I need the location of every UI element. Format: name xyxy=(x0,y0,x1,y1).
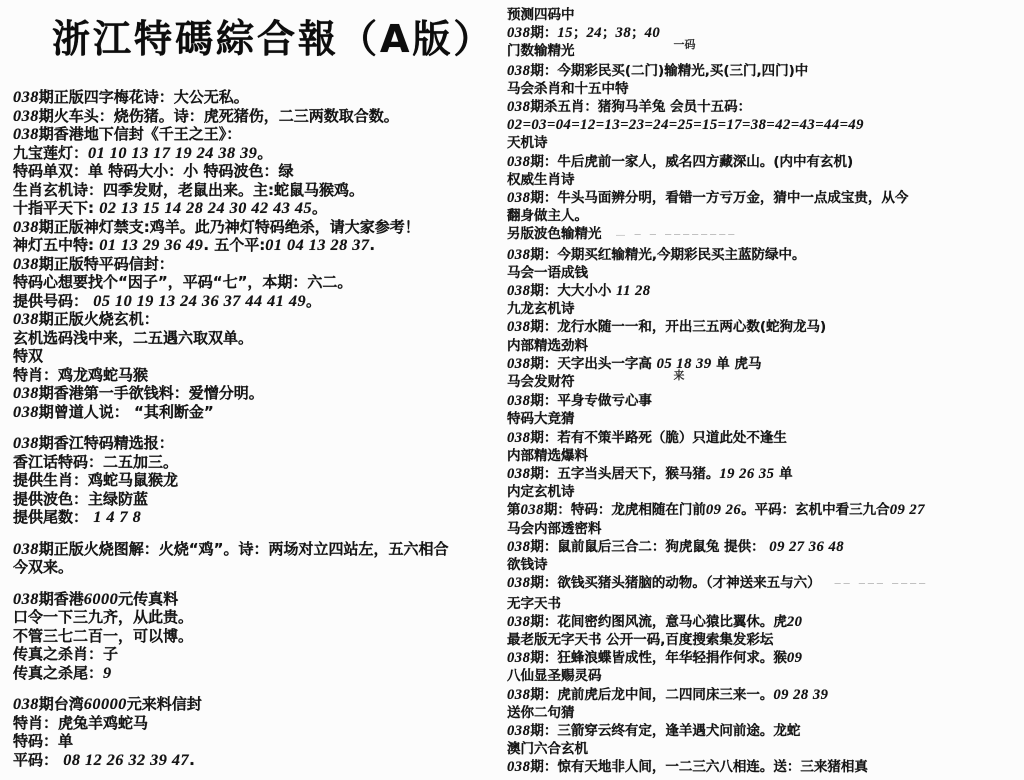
text-line: 内部精选爆料 xyxy=(507,447,1022,465)
text-line: 038期香港地下信封《千王之王》： xyxy=(13,125,513,144)
text-line: 038期正版特平码信封： xyxy=(13,255,513,274)
text-line: 038期：今期买红输精光,今期彩民买主蓝防绿中。 xyxy=(507,246,1022,264)
text-line: 最老版无字天书 公开一码,百度搜索集发彩坛 xyxy=(507,631,1022,649)
text-line: 038期香江特码精选报： xyxy=(13,434,513,453)
text-line: 038期台湾60000元来料信封 xyxy=(13,695,513,714)
text-line: 038期正版火烧玄机： xyxy=(13,310,513,329)
text-line: 038期：虎前虎后龙中间，二四同床三来一。09 28 39 xyxy=(507,686,1022,704)
text-line: 038期：五字当头居天下，猴马猪。19 26 35 单 xyxy=(507,465,1022,483)
text-line: 038期曾道人说： “其利断金” xyxy=(13,403,513,422)
text-line: 特码：单 xyxy=(13,732,513,751)
text-line: 特码心想要找个“因子”，平码“七”，本期：六二。 xyxy=(13,273,513,292)
text-line: 平码： 08 12 26 32 39 47. xyxy=(13,751,513,770)
text-line: 九龙玄机诗 xyxy=(507,300,1022,318)
text-line: 马会杀肖和十五中特 xyxy=(507,80,1022,98)
text-line: 生肖玄机诗：四季发财，老鼠出来。主:蛇鼠马猴鸡。 xyxy=(13,181,513,200)
text-line: 香江话特码：二五加三。 xyxy=(13,453,513,472)
text-line: 权威生肖诗 xyxy=(507,171,1022,189)
text-line: 送你二句猜 xyxy=(507,704,1022,722)
text-line: 马会发财符来 xyxy=(507,373,1022,392)
page-title: 浙江特碼綜合報（A版） xyxy=(52,8,494,63)
text-line: 提供波色：主绿防蓝 xyxy=(13,490,513,509)
text-line: 038期香港第一手欲钱料：爱憎分明。 xyxy=(13,384,513,403)
text-line: 今双来。 xyxy=(13,558,513,577)
text-line: 038期杀五肖：猪狗马羊兔 会员十五码： xyxy=(507,98,1022,116)
text-line: 提供生肖：鸡蛇马鼠猴龙 xyxy=(13,471,513,490)
text-line: 不管三七二百一，可以博。 xyxy=(13,627,513,646)
text-line: 马会一语成钱 xyxy=(507,264,1022,282)
text-line: 038期：大大小小 11 28 xyxy=(507,282,1022,300)
text-line: 内定玄机诗 xyxy=(507,483,1022,501)
text-line: 038期：若有不策半路死（脆）只道此处不逢生 xyxy=(507,429,1022,447)
text-line: 传真之杀肖：子 xyxy=(13,645,513,664)
superscript-note: 来 xyxy=(674,369,685,382)
text-line: 玄机选码浅中来，二五遇六取双单。 xyxy=(13,329,513,348)
text-line: 038期火车头：烧伤猪。诗：虎死猪伤，二三两数取合数。 xyxy=(13,107,513,126)
text-line: 038期正版火烧图解：火烧“鸡”。诗：两场对立四站左，五六相合 xyxy=(13,540,513,559)
text-line: 内部精选劲料 xyxy=(507,337,1022,355)
text-line: 无字天书 xyxy=(507,595,1022,613)
text-line: 马会内部透密料 xyxy=(507,520,1022,538)
text-line: 02=03=04=12=13=23=24=25=15=17=38=42=43=4… xyxy=(507,116,1022,134)
text-line: 038期：惊有天地非人间，一二三六八相连。送：三来猪相真 xyxy=(507,758,1022,776)
text-line: 八仙显圣赐灵码 xyxy=(507,667,1022,685)
text-line: 第038期：特码：龙虎相随在门前09 26。平码：玄机中看三九合09 27 xyxy=(507,501,1022,519)
text-line: 特码单双：单 特码大小：小 特码波色：绿 xyxy=(13,162,513,181)
text-line: 特双 xyxy=(13,347,513,366)
text-line: 038期：龙行水随一一和，开出三五两心数(蛇狗龙马) xyxy=(507,318,1022,336)
text-line: 九宝莲灯：01 10 13 17 19 24 38 39。 xyxy=(13,144,513,163)
text-line: 门数输精光一码 xyxy=(507,42,1022,61)
left-column: 038期正版四字梅花诗：大公无私。038期火车头：烧伤猪。诗：虎死猪伤，二三两数… xyxy=(13,88,513,769)
text-line: 翻身做主人。 xyxy=(507,207,1022,225)
text-line: 特肖：虎兔羊鸡蛇马 xyxy=(13,714,513,733)
superscript-note: 一码 xyxy=(674,38,696,51)
scan-artifact: ── ─── ──── xyxy=(835,579,929,590)
text-line: 038期：平身专做亏心事 xyxy=(507,392,1022,410)
text-line: 特码大竞猜 xyxy=(507,410,1022,428)
text-line: 038期：三箭穿云终有定，逢羊遇犬问前途。龙蛇 xyxy=(507,722,1022,740)
text-line: 另版波色输精光— ─ ─ ──────── xyxy=(507,225,1022,245)
text-line: 038期：欲钱买猪头猪脑的动物。（才神送来五与六）── ─── ──── xyxy=(507,574,1022,594)
text-line: 038期：天字出头一字高 05 18 39 单 虎马 xyxy=(507,355,1022,373)
right-column: 预测四码中038期：15；24；38；40门数输精光一码038期：今期彩民买(二… xyxy=(507,6,1022,777)
text-line: 天机诗 xyxy=(507,134,1022,152)
text-line: 传真之杀尾：9 xyxy=(13,664,513,683)
text-line: 提供号码： 05 10 19 13 24 36 37 44 41 49。 xyxy=(13,292,513,311)
text-line: 口令一下三九齐，从此贵。 xyxy=(13,608,513,627)
text-line: 预测四码中 xyxy=(507,6,1022,24)
text-line: 038期：15；24；38；40 xyxy=(507,24,1022,42)
text-line: 提供尾数： 1 4 7 8 xyxy=(13,508,513,527)
text-line: 特肖：鸡龙鸡蛇马猴 xyxy=(13,366,513,385)
scan-artifact: — ─ ─ ──────── xyxy=(616,230,738,241)
text-line: 038期：花间密约图风流，意马心猿比翼休。虎20 xyxy=(507,613,1022,631)
newspaper-page: 浙江特碼綜合報（A版） 038期正版四字梅花诗：大公无私。038期火车头：烧伤猪… xyxy=(0,0,1024,780)
text-line: 欲钱诗 xyxy=(507,556,1022,574)
text-line: 038期：牛头马面辨分明，看错一方亏万金，猜中一点成宝贵，从今 xyxy=(507,189,1022,207)
text-line: 038期：狂蜂浪蝶皆成性，年华轻捐作何求。猴09 xyxy=(507,649,1022,667)
text-line: 038期正版神灯禁支:鸡羊。此乃神灯特码绝杀，请大家参考！ xyxy=(13,218,513,237)
text-line: 038期：牛后虎前一家人，威名四方藏深山。(内中有玄机) xyxy=(507,153,1022,171)
text-line: 澳门六合玄机 xyxy=(507,740,1022,758)
text-line: 038期：今期彩民买(二门)输精光,买(三门,四门)中 xyxy=(507,62,1022,80)
text-line: 038期香港6000元传真料 xyxy=(13,590,513,609)
text-line: 十指平天下: 02 13 15 14 28 24 30 42 43 45。 xyxy=(13,199,513,218)
text-line: 038期正版四字梅花诗：大公无私。 xyxy=(13,88,513,107)
text-line: 038期：鼠前鼠后三合二：狗虎鼠兔 提供： 09 27 36 48 xyxy=(507,538,1022,556)
text-line: 神灯五中特: 01 13 29 36 49. 五个平:01 04 13 28 3… xyxy=(13,236,513,255)
